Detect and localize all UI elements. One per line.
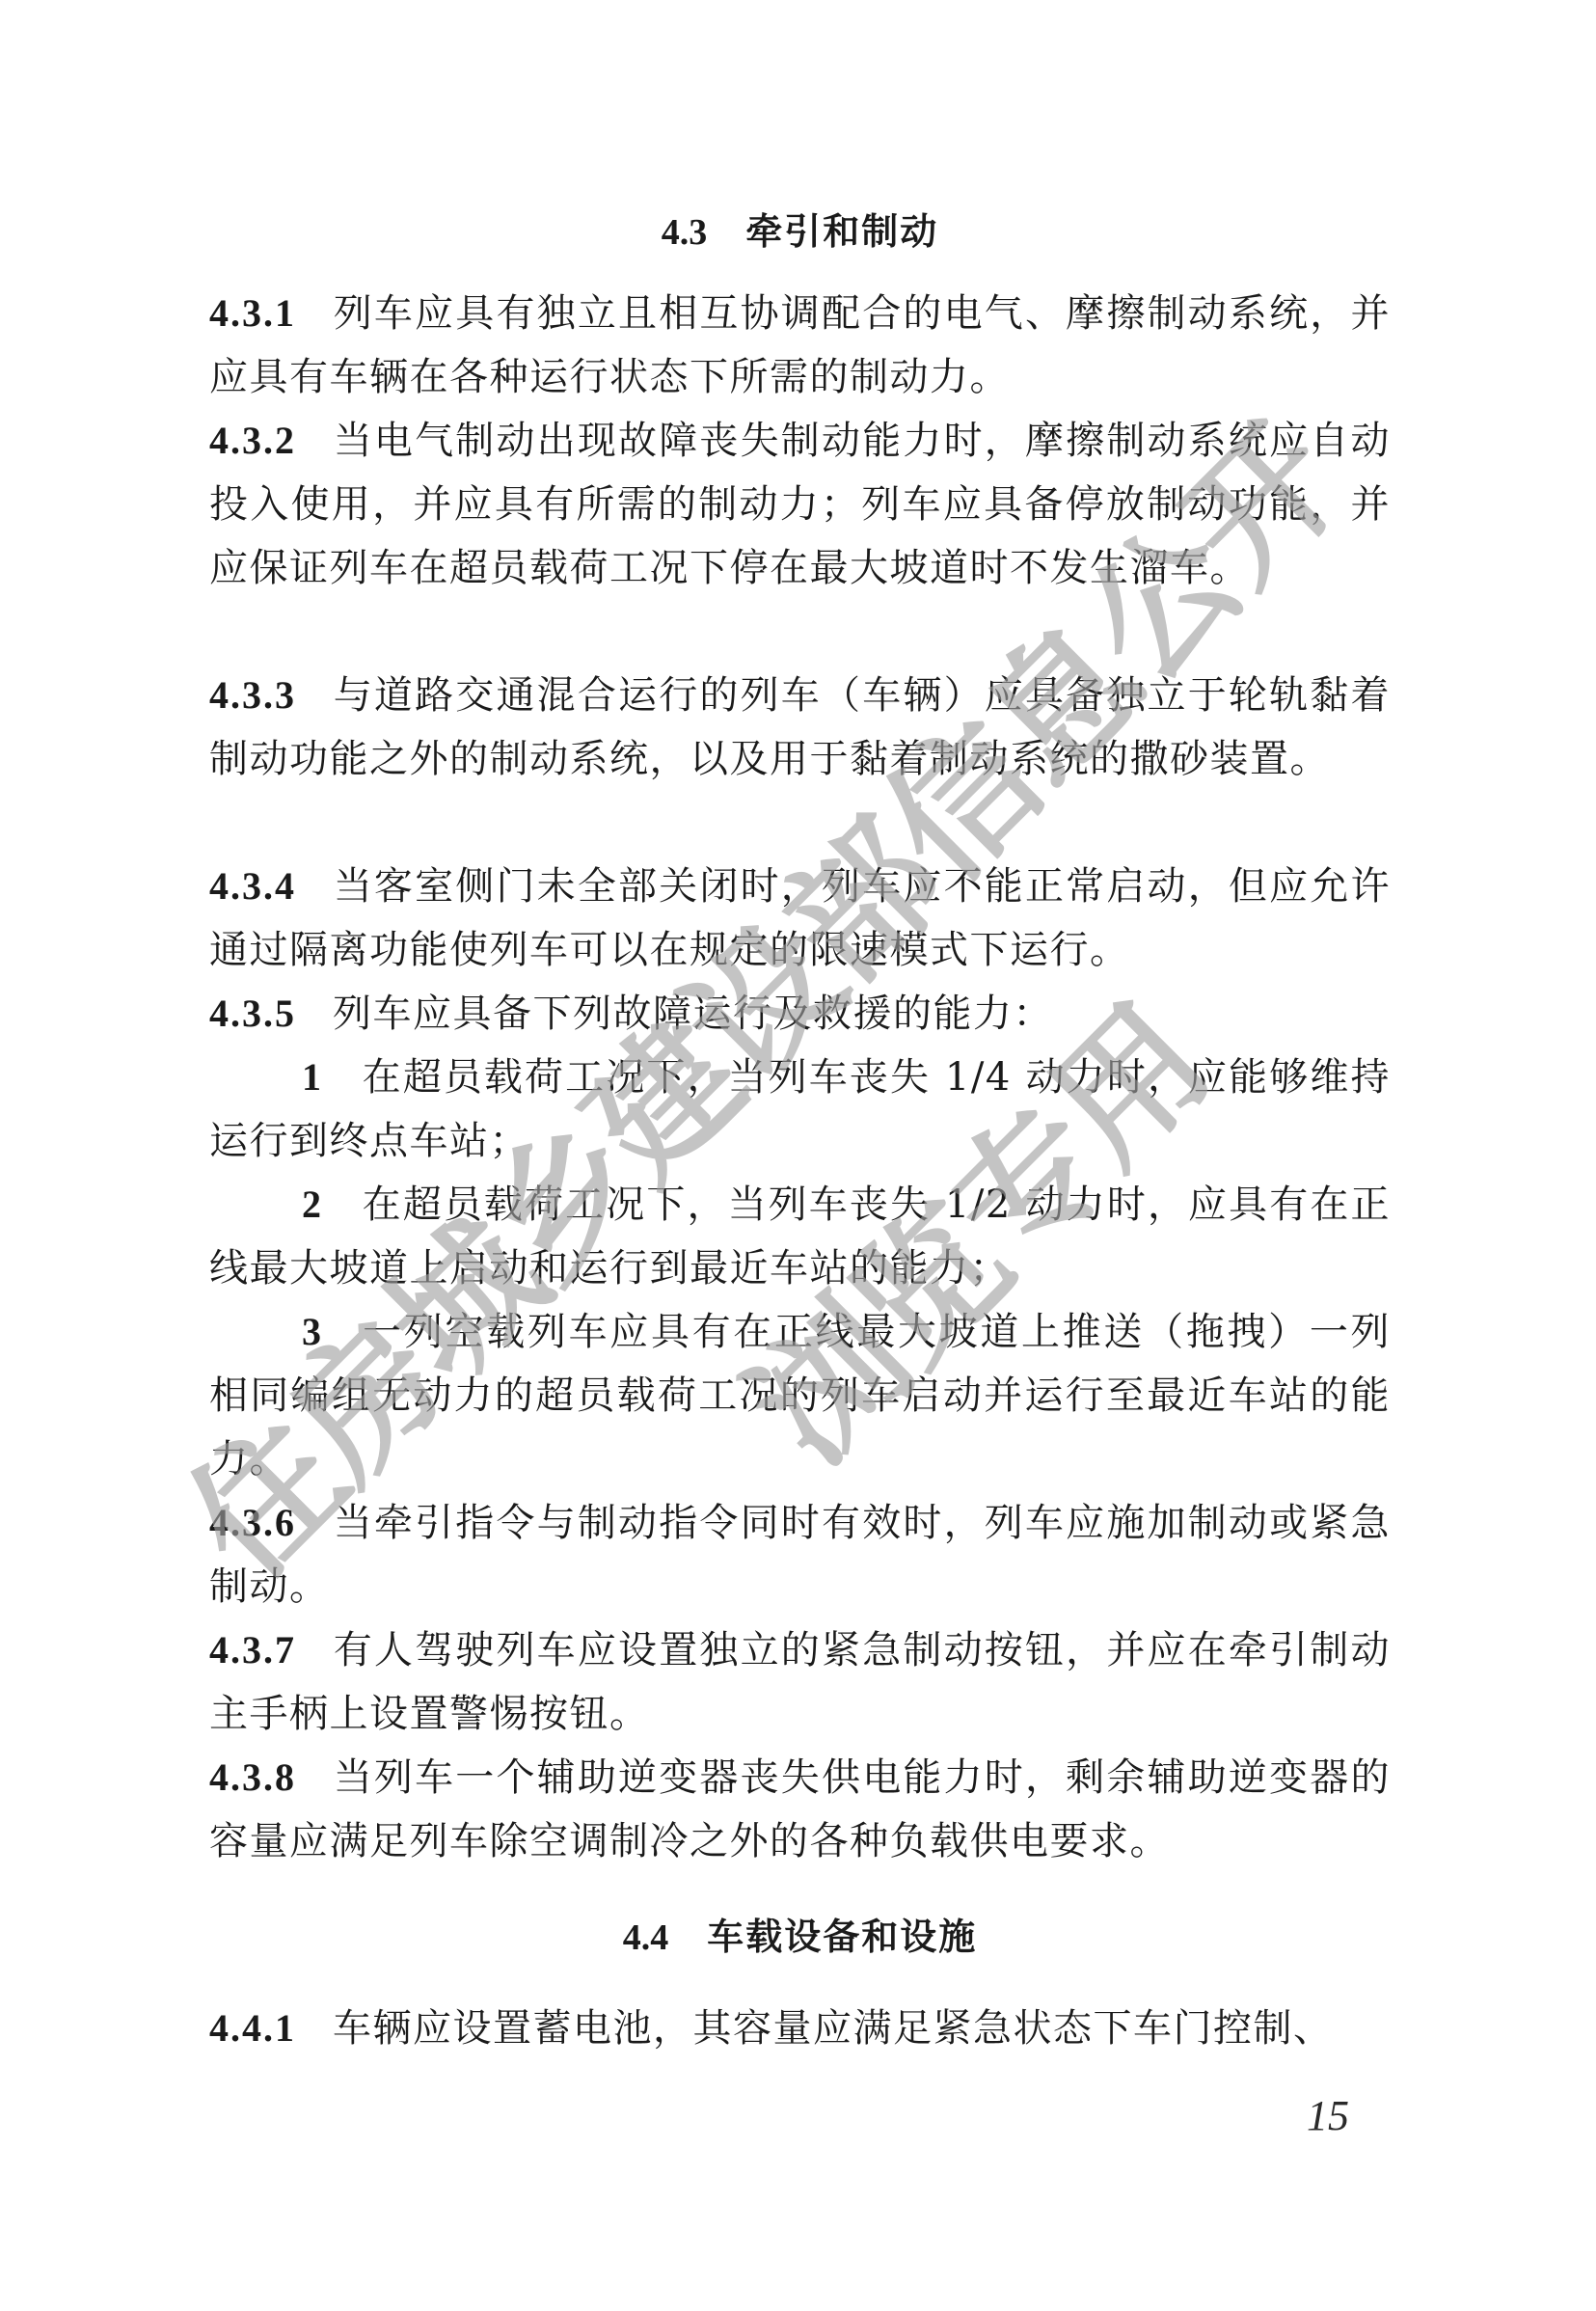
clause-4-3-1: 4.3.1列车应具有独立且相互协调配合的电气、摩擦制动系统，并应具有车辆在各种运… <box>209 282 1391 409</box>
clause-number: 4.3.3 <box>209 673 296 717</box>
item-number: 3 <box>302 1310 323 1353</box>
clause-text: 车辆应设置蓄电池，其容量应满足紧急状态下车门控制、 <box>333 2006 1334 2051</box>
clause-number: 4.3.5 <box>209 992 296 1035</box>
clause-number: 4.4.1 <box>209 2006 296 2050</box>
document-page: 4.3牵引和制动 4.3.1列车应具有独立且相互协调配合的电气、摩擦制动系统，并… <box>0 0 1596 2311</box>
section-title: 车载设备和设施 <box>707 1916 977 1958</box>
clause-text: 当客室侧门未全部关闭时，列车应不能正常启动，但应允许通过隔离功能使列车可以在规定… <box>209 864 1391 972</box>
clause-number: 4.3.7 <box>209 1628 296 1672</box>
clause-text: 当牵引指令与制动指令同时有效时，列车应施加制动或紧急制动。 <box>209 1501 1391 1609</box>
clause-4-3-5: 4.3.5列车应具备下列故障运行及救援的能力： <box>209 982 1391 1046</box>
clause-number: 4.3.2 <box>209 419 296 462</box>
clause-number: 4.3.6 <box>209 1501 296 1544</box>
item-text: 在超员载荷工况下，当列车丧失 1/2 动力时，应具有在正线最大坡道上启动和运行到… <box>209 1183 1391 1291</box>
section-number: 4.4 <box>623 1917 669 1958</box>
clause-4-3-3: 4.3.3与道路交通混合运行的列车（车辆）应具备独立于轮轨黏着制动功能之外的制动… <box>209 664 1391 791</box>
clause-4-3-6: 4.3.6当牵引指令与制动指令同时有效时，列车应施加制动或紧急制动。 <box>209 1491 1391 1618</box>
clause-4-3-4: 4.3.4当客室侧门未全部关闭时，列车应不能正常启动，但应允许通过隔离功能使列车… <box>209 855 1391 982</box>
section-heading-4-3: 4.3牵引和制动 <box>209 207 1391 257</box>
item-number: 2 <box>302 1183 323 1226</box>
clause-4-3-5-item-3: 3一列空载列车应具有在正线最大坡道上推送（拖拽）一列相同编组无动力的超员载荷工况… <box>209 1300 1391 1491</box>
clause-4-3-5-item-2: 2在超员载荷工况下，当列车丧失 1/2 动力时，应具有在正线最大坡道上启动和运行… <box>209 1173 1391 1300</box>
clause-4-3-5-item-1: 1在超员载荷工况下，当列车丧失 1/4 动力时，应能够维持运行到终点车站； <box>209 1046 1391 1173</box>
item-text: 一列空载列车应具有在正线最大坡道上推送（拖拽）一列相同编组无动力的超员载荷工况的… <box>209 1310 1391 1482</box>
clause-text: 列车应具备下列故障运行及救援的能力： <box>333 992 1053 1036</box>
clause-text: 与道路交通混合运行的列车（车辆）应具备独立于轮轨黏着制动功能之外的制动系统，以及… <box>209 673 1391 781</box>
clause-4-3-2: 4.3.2当电气制动出现故障丧失制动能力时，摩擦制动系统应自动投入使用，并应具有… <box>209 409 1391 600</box>
item-number: 1 <box>302 1055 323 1099</box>
section-number: 4.3 <box>662 212 708 253</box>
page-number: 15 <box>1307 2091 1596 2140</box>
clause-text: 列车应具有独立且相互协调配合的电气、摩擦制动系统，并应具有车辆在各种运行状态下所… <box>209 291 1391 399</box>
clause-text: 有人驾驶列车应设置独立的紧急制动按钮，并应在牵引制动主手柄上设置警惕按钮。 <box>209 1628 1391 1736</box>
clause-text: 当列车一个辅助逆变器丧失供电能力时，剩余辅助逆变器的容量应满足列车除空调制冷之外… <box>209 1755 1391 1863</box>
clause-4-4-1: 4.4.1车辆应设置蓄电池，其容量应满足紧急状态下车门控制、 <box>209 1997 1391 2060</box>
clause-number: 4.3.4 <box>209 864 296 908</box>
clause-text: 当电气制动出现故障丧失制动能力时，摩擦制动系统应自动投入使用，并应具有所需的制动… <box>209 419 1391 590</box>
clause-4-3-7: 4.3.7有人驾驶列车应设置独立的紧急制动按钮，并应在牵引制动主手柄上设置警惕按… <box>209 1618 1391 1746</box>
clause-number: 4.3.8 <box>209 1755 296 1799</box>
item-text: 在超员载荷工况下，当列车丧失 1/4 动力时，应能够维持运行到终点车站； <box>209 1055 1391 1163</box>
section-heading-4-4: 4.4车载设备和设施 <box>209 1913 1391 1962</box>
section-title: 牵引和制动 <box>745 210 938 253</box>
clause-number: 4.3.1 <box>209 291 296 335</box>
clause-4-3-8: 4.3.8当列车一个辅助逆变器丧失供电能力时，剩余辅助逆变器的容量应满足列车除空… <box>209 1746 1391 1873</box>
